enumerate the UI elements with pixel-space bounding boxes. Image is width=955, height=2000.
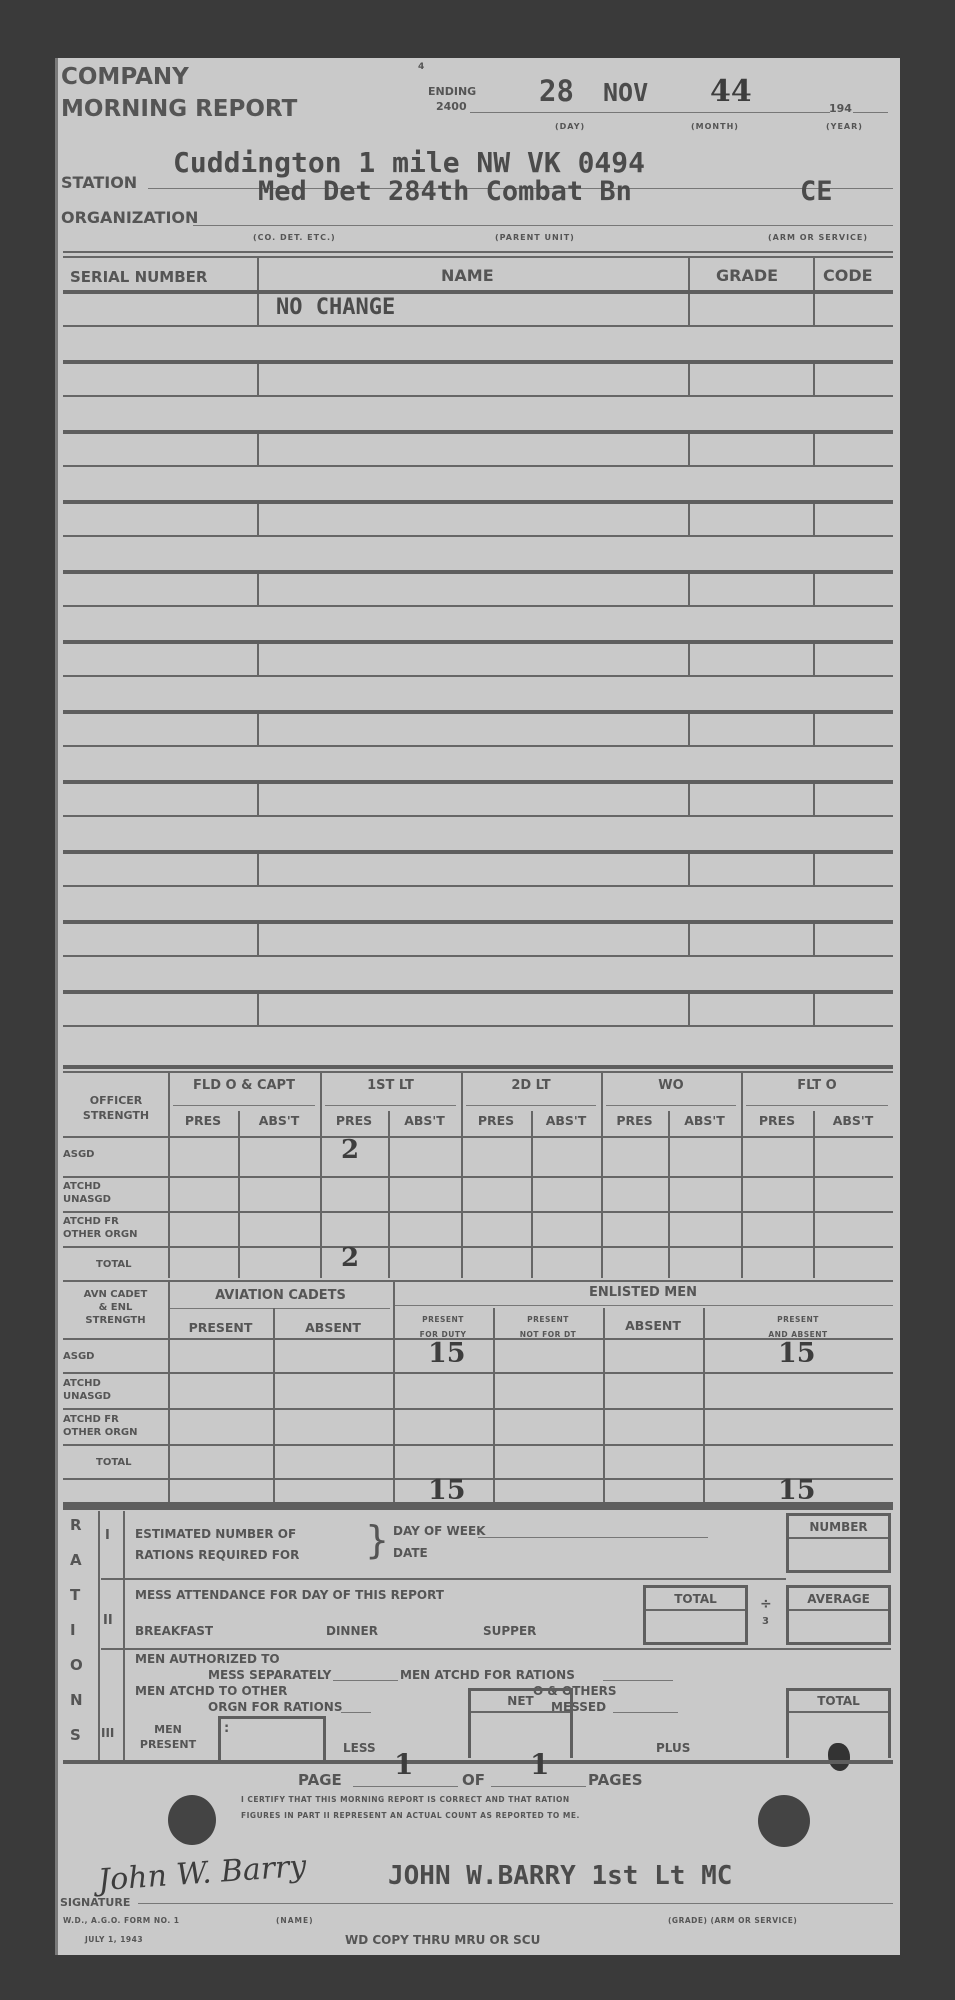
officer-sub-header: ABS'T	[813, 1113, 893, 1128]
col-name: NAME	[441, 266, 494, 285]
name-caption: (NAME)	[276, 1916, 314, 1925]
year-prefix: 194	[829, 102, 852, 115]
report-month: NOV	[603, 78, 648, 107]
station-label: STATION	[61, 173, 137, 192]
ending-mark: 4	[418, 62, 424, 72]
rations-letter: O	[70, 1656, 83, 1674]
officer-group-header: FLT O	[741, 1078, 893, 1093]
officer-group-header: WO	[601, 1078, 741, 1093]
officer-sub-header: ABS'T	[531, 1113, 601, 1128]
enlisted-strength-title: AVN CADET& ENLSTRENGTH	[63, 1288, 168, 1327]
aviation-cadets-header: AVIATION CADETS	[168, 1288, 393, 1303]
divide-symbol: ÷	[760, 1596, 772, 1612]
enlisted-row-label: ATCHD FROTHER ORGN	[63, 1413, 137, 1439]
men-atchd-for-rations: MEN ATCHD FOR RATIONS	[400, 1668, 575, 1682]
enlisted-row-label: TOTAL	[96, 1456, 131, 1469]
certify-line1: I CERTIFY THAT THIS MORNING REPORT IS CO…	[241, 1795, 570, 1804]
col-grade: GRADE	[716, 266, 778, 285]
routing: WD COPY THRU MRU OR SCU	[345, 1933, 540, 1947]
rations-letter: S	[70, 1726, 81, 1744]
total-present-and-absent: 15	[778, 1475, 816, 1506]
pages-label: PAGES	[588, 1771, 643, 1789]
officer-sub-header: PRES	[168, 1113, 238, 1128]
rations-letter: N	[70, 1691, 83, 1709]
total-pages: 1	[530, 1748, 549, 1781]
men-authorized-line1: MEN AUTHORIZED TO	[135, 1652, 280, 1666]
page-number: 1	[394, 1748, 413, 1781]
roster-row	[63, 1025, 893, 1027]
roster-row	[63, 885, 893, 887]
men-authorized-line2: MESS SEPARATELY	[208, 1668, 331, 1682]
report-year: 44	[710, 74, 752, 109]
roster-row	[63, 745, 893, 747]
roster-row	[63, 815, 893, 817]
officer-strength-title: OFFICER STRENGTH	[66, 1093, 166, 1123]
total-present-for-duty: 15	[428, 1475, 466, 1506]
parent-caption: (PARENT UNIT)	[495, 233, 575, 242]
enlisted-row-label: ATCHDUNASGD	[63, 1377, 111, 1403]
men-present-box[interactable]: :	[218, 1716, 326, 1761]
of-label: OF	[462, 1771, 485, 1789]
roster-row	[63, 675, 893, 677]
officer-sub-header: PRES	[741, 1113, 813, 1128]
men-present-label: MEN PRESENT	[138, 1722, 198, 1752]
officer-row-label: ATCHDUNASGD	[63, 1180, 111, 1206]
roster-row	[63, 395, 893, 397]
roster-name-no-change: NO CHANGE	[276, 295, 395, 320]
officer-group-header: 2D LT	[461, 1078, 601, 1093]
org-caption: (CO. DET. ETC.)	[253, 233, 336, 242]
less-label: LESS	[343, 1741, 376, 1755]
rations-section-iii-numeral: III	[101, 1726, 114, 1740]
rations-section-i-numeral: I	[105, 1528, 110, 1543]
col-serial-number: SERIAL NUMBER	[70, 268, 207, 286]
asgd-present-and-absent: 15	[778, 1338, 816, 1369]
morning-report-form: COMPANY MORNING REPORT 4 ENDING 2400 28 …	[55, 58, 900, 1955]
year-caption: (YEAR)	[826, 122, 863, 131]
roster-row	[63, 465, 893, 467]
punch-hole-right	[758, 1795, 810, 1847]
roster-row	[63, 955, 893, 957]
asgd-present-for-duty: 15	[428, 1338, 466, 1369]
roster-row	[63, 325, 893, 327]
net-box[interactable]: NET	[468, 1688, 573, 1758]
rations-letter: I	[70, 1621, 76, 1639]
arm-value: CE	[800, 176, 833, 207]
rations-estimated: ESTIMATED NUMBER OF RATIONS REQUIRED FOR	[135, 1524, 299, 1566]
plus-label: PLUS	[656, 1741, 690, 1755]
mess-total-box[interactable]: TOTAL	[643, 1585, 748, 1645]
form-title-line1: COMPANY	[61, 64, 189, 90]
station-value: Cuddington 1 mile NW VK 0494	[173, 146, 645, 179]
divisor: 3	[762, 1616, 769, 1627]
number-box[interactable]: NUMBER	[786, 1513, 891, 1573]
rations-letter: T	[70, 1586, 80, 1604]
dinner-label: DINNER	[326, 1624, 378, 1638]
organization-label: ORGANIZATION	[61, 208, 198, 227]
officer-group-header: 1ST LT	[320, 1078, 461, 1093]
officer-sub-header: PRES	[320, 1113, 388, 1128]
date-label: DATE	[393, 1546, 428, 1560]
officer-row-label: TOTAL	[96, 1258, 131, 1271]
brace: }	[365, 1518, 389, 1562]
officer-row-label: ATCHD FROTHER ORGN	[63, 1215, 137, 1241]
enlisted-sub-header: ABSENT	[603, 1318, 703, 1333]
enlisted-men-header: ENLISTED MEN	[393, 1285, 893, 1300]
ending-time: 2400	[436, 100, 467, 113]
month-caption: (MONTH)	[691, 122, 739, 131]
officer-sub-header: PRES	[461, 1113, 531, 1128]
officer-sub-header: ABS'T	[668, 1113, 741, 1128]
signature-label: SIGNATURE	[60, 1896, 130, 1909]
page-label: PAGE	[298, 1771, 342, 1789]
rations-letter: A	[70, 1551, 82, 1569]
form-number: W.D., A.G.O. FORM NO. 1	[63, 1916, 180, 1925]
men-atchd-other-line1: MEN ATCHD TO OTHER	[135, 1684, 287, 1698]
punch-hole-left	[168, 1795, 216, 1845]
mess-attendance-title: MESS ATTENDANCE FOR DAY OF THIS REPORT	[135, 1588, 444, 1602]
organization-value: Med Det 284th Combat Bn	[258, 176, 632, 207]
roster-row	[63, 535, 893, 537]
roster-row	[63, 605, 893, 607]
arm-caption: (ARM OR SERVICE)	[768, 233, 868, 242]
asgd-1st-lt-pres: 2	[341, 1135, 359, 1165]
total-1st-lt-pres: 2	[341, 1243, 359, 1273]
day-caption: (DAY)	[555, 122, 585, 131]
form-date: JULY 1, 1943	[85, 1935, 143, 1944]
officer-sub-header: ABS'T	[238, 1113, 320, 1128]
certify-line2: FIGURES IN PART II REPRESENT AN ACTUAL C…	[241, 1811, 580, 1820]
col-code: CODE	[823, 266, 873, 285]
officer-sub-header: ABS'T	[388, 1113, 461, 1128]
cadets-absent-header: ABSENT	[273, 1320, 393, 1335]
enlisted-row-label: ASGD	[63, 1350, 94, 1363]
supper-label: SUPPER	[483, 1624, 536, 1638]
signer-typed: JOHN W.BARRY 1st Lt MC	[388, 1861, 732, 1891]
signature: John W. Barry	[97, 1849, 307, 1898]
rations-letter: R	[70, 1516, 82, 1534]
men-atchd-other-line2: ORGN FOR RATIONS	[208, 1700, 342, 1714]
ending-label: ENDING	[428, 85, 476, 98]
average-box[interactable]: AVERAGE	[786, 1585, 891, 1645]
day-of-week-label: DAY OF WEEK	[393, 1524, 485, 1538]
breakfast-label: BREAKFAST	[135, 1624, 213, 1638]
officer-group-header: FLD O & CAPT	[168, 1078, 320, 1093]
report-day: 28	[539, 74, 574, 108]
officer-sub-header: PRES	[601, 1113, 668, 1128]
form-title-line2: MORNING REPORT	[61, 96, 297, 122]
ink-blot	[828, 1743, 850, 1771]
cadets-present-header: PRESENT	[168, 1320, 273, 1335]
grade-caption: (GRADE) (ARM OR SERVICE)	[668, 1916, 797, 1925]
officer-row-label: ASGD	[63, 1148, 94, 1161]
rations-section-ii-numeral: II	[103, 1613, 113, 1628]
